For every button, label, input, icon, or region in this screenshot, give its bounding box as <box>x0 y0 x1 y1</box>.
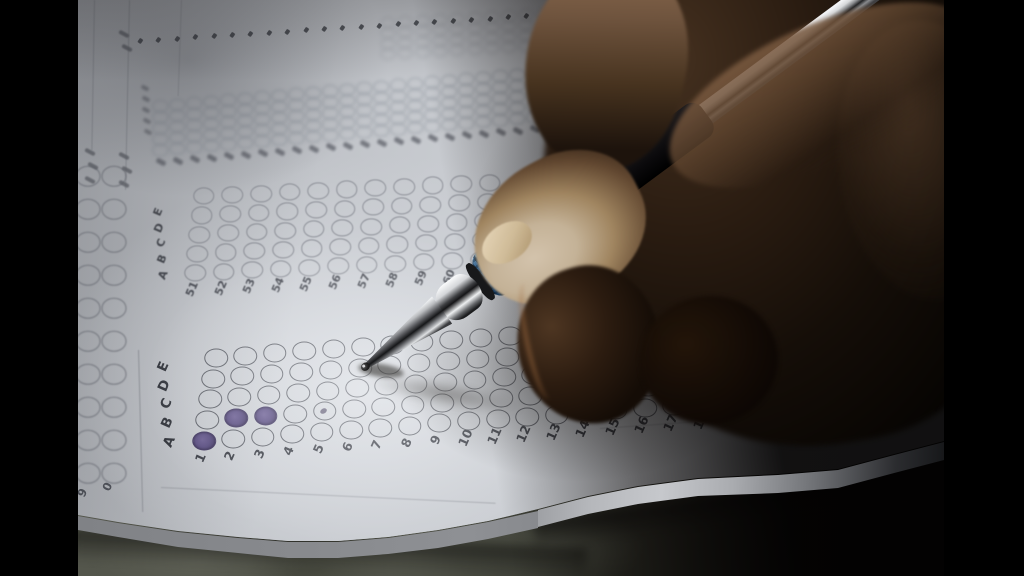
bubble-blurred <box>424 87 440 100</box>
question-number: 3 <box>252 447 267 460</box>
question-number: 9 <box>429 434 444 447</box>
bubble-blurred <box>356 82 372 95</box>
bubble-blurred <box>484 21 499 33</box>
bubble <box>263 344 287 363</box>
bubble <box>191 207 213 224</box>
id-bubble <box>78 199 101 220</box>
id-bubble <box>102 331 127 352</box>
question-number: 2 <box>223 449 238 462</box>
bubble <box>457 412 481 431</box>
option-letter-header: E <box>156 360 172 374</box>
margin-rule-line-left <box>161 487 496 504</box>
bubble-blurred <box>458 106 474 119</box>
bubble-blurred <box>356 93 372 106</box>
bubble-blurred <box>271 100 287 113</box>
option-letter-header: A <box>156 269 169 281</box>
bubble-blurred <box>203 117 219 130</box>
bubble-blurred <box>339 116 355 129</box>
form-line-vertical-1 <box>91 0 95 150</box>
bubble <box>492 368 516 387</box>
blurred-number <box>325 142 336 151</box>
bubble-blurred <box>381 48 396 60</box>
bubble-blurred <box>305 119 321 132</box>
bubble <box>246 223 268 240</box>
blurred-header-letter <box>141 95 150 102</box>
timing-mark <box>284 29 289 35</box>
bubble <box>222 186 244 203</box>
bubble <box>270 260 292 277</box>
bubble <box>274 222 296 239</box>
bubble-blurred <box>407 110 423 123</box>
option-letter-header: C <box>159 397 175 412</box>
bubble <box>286 383 310 402</box>
bubble-blurred <box>237 114 253 127</box>
bubble-blurred <box>254 91 270 104</box>
bubble <box>215 244 237 261</box>
bubble <box>336 181 358 198</box>
bubble-blurred <box>492 92 508 105</box>
bubble <box>427 414 451 433</box>
bubble <box>369 418 393 437</box>
bubble-blurred <box>322 96 338 109</box>
bubble-blurred <box>169 131 185 144</box>
photograph: 9 0 123456789101112131415161718192021222… <box>78 0 944 576</box>
question-number: 58 <box>384 270 400 288</box>
id-bubble <box>78 265 101 286</box>
blurred-number <box>240 150 251 159</box>
blurred-header-letter <box>142 106 151 113</box>
bubble <box>446 214 468 231</box>
bubble <box>193 188 215 205</box>
id-bubble <box>78 331 101 352</box>
id-bubble <box>102 298 127 319</box>
bubble <box>303 221 325 238</box>
bubble-blurred <box>220 94 236 107</box>
question-number: 55 <box>298 274 314 292</box>
blurred-number <box>359 139 370 148</box>
bubble-blurred <box>271 89 287 102</box>
bubble-blurred <box>339 94 355 107</box>
bubble-blurred <box>288 132 304 145</box>
bubble <box>241 262 263 279</box>
bubble-blurred <box>169 98 185 111</box>
bubble-blurred <box>424 120 440 133</box>
id-bubble <box>78 463 101 484</box>
timing-mark <box>229 32 234 38</box>
bubble <box>222 429 246 448</box>
bubble <box>398 416 422 435</box>
option-letter-header: B <box>160 416 177 431</box>
bubble-blurred <box>475 82 491 95</box>
question-number: 8 <box>399 436 414 449</box>
bubble-blurred <box>450 34 465 46</box>
bubble-filled <box>225 409 249 428</box>
bubble <box>244 243 266 260</box>
blurred-number <box>512 126 523 135</box>
bubble-blurred <box>305 97 321 110</box>
bubble <box>204 348 228 367</box>
bubble <box>345 379 369 398</box>
timing-mark <box>156 37 161 43</box>
bubble-blurred <box>220 127 236 140</box>
bubble-blurred <box>509 68 525 81</box>
bubble <box>305 201 327 218</box>
blurred-number <box>155 157 166 166</box>
bubble <box>289 363 313 382</box>
bubble-blurred <box>152 122 168 135</box>
option-letter-header: E <box>152 206 165 217</box>
id-box-border-line <box>138 350 144 512</box>
blurred-header-letter <box>140 84 149 91</box>
bubble-blurred <box>169 109 185 122</box>
bubble-blurred <box>441 74 457 87</box>
bubble-blurred <box>424 109 440 122</box>
id-bubble <box>102 463 127 484</box>
id-bubble <box>78 364 101 385</box>
question-number: 57 <box>356 272 372 290</box>
bubble-blurred <box>467 43 482 55</box>
id-bubble <box>78 430 101 451</box>
bubble <box>307 182 329 199</box>
id-digit-label-9: 9 <box>78 487 90 499</box>
bubble-blurred <box>415 25 430 37</box>
bubble <box>186 245 208 262</box>
bubble <box>356 256 378 273</box>
bubble-blurred <box>169 142 185 155</box>
bubble <box>436 352 460 371</box>
bubble-blurred <box>152 100 168 113</box>
bubble-blurred <box>288 88 304 101</box>
bubble <box>495 347 519 366</box>
timing-mark <box>211 33 216 39</box>
bubble-blurred <box>484 32 499 44</box>
bubble-blurred <box>254 135 270 148</box>
bubble-blurred <box>305 86 321 99</box>
bubble-blurred <box>390 123 406 136</box>
blurred-number <box>444 132 455 141</box>
bubble <box>329 238 351 255</box>
bubble-blurred <box>450 44 465 56</box>
bubble-blurred <box>509 112 525 125</box>
bubble <box>332 219 354 236</box>
bubble-blurred <box>237 92 253 105</box>
blurred-header-letter <box>143 117 152 124</box>
id-bubble <box>78 397 101 418</box>
bubble <box>301 240 323 257</box>
bubble-blurred <box>475 104 491 117</box>
bubble <box>420 196 442 213</box>
question-number: 51 <box>184 280 200 298</box>
bubble <box>217 225 239 242</box>
bubble <box>260 365 284 384</box>
bubble-blurred <box>441 118 457 131</box>
question-number: 4 <box>282 445 297 458</box>
bubble-blurred <box>152 144 168 157</box>
bubble-blurred <box>398 16 413 28</box>
bubble-blurred <box>502 31 517 43</box>
form-label-text-blur <box>118 180 130 189</box>
bubble-blurred <box>254 113 270 126</box>
question-number: 52 <box>213 278 229 296</box>
bubble <box>417 215 439 232</box>
timing-mark <box>358 24 363 30</box>
bubble-blurred <box>339 105 355 118</box>
blurred-number <box>478 129 489 138</box>
bubble-blurred <box>254 124 270 137</box>
question-number: 10 <box>456 428 474 449</box>
bubble-blurred <box>424 76 440 89</box>
blurred-number <box>495 127 506 136</box>
bubble-blurred <box>432 24 447 36</box>
bubble <box>219 205 241 222</box>
bubble-blurred <box>186 141 202 154</box>
bubble-blurred <box>475 71 491 84</box>
bubble-blurred <box>458 84 474 97</box>
bubble-blurred <box>169 120 185 133</box>
bubble <box>450 175 472 192</box>
bubble-blurred <box>271 111 287 124</box>
bubble <box>469 329 493 348</box>
bubble <box>362 199 384 216</box>
bubble <box>358 237 380 254</box>
bubble <box>201 369 225 388</box>
bubble-filled <box>192 432 216 451</box>
bubble-blurred <box>502 20 517 32</box>
bubble-blurred <box>322 118 338 131</box>
bubble <box>292 342 316 361</box>
id-bubble <box>102 199 127 220</box>
bubble-blurred <box>475 115 491 128</box>
question-number: 12 <box>515 423 533 444</box>
bubble-blurred <box>288 121 304 134</box>
bubble-blurred <box>509 79 525 92</box>
bubble-blurred <box>407 88 423 101</box>
bubble-blurred <box>237 125 253 138</box>
bubble-blurred <box>220 105 236 118</box>
bubble-blurred <box>492 103 508 116</box>
id-bubble <box>102 265 127 286</box>
blurred-number <box>189 154 200 163</box>
bubble <box>391 197 413 214</box>
blurred-number <box>223 151 234 160</box>
bubble-blurred <box>373 80 389 93</box>
bubble-blurred <box>509 90 525 103</box>
bubble-blurred <box>390 101 406 114</box>
bubble-blurred <box>458 117 474 130</box>
bubble <box>198 390 222 409</box>
bubble-blurred <box>441 96 457 109</box>
bubble-blurred <box>220 138 236 151</box>
bubble-blurred <box>288 110 304 123</box>
bubble-blurred <box>424 98 440 111</box>
bubble <box>393 178 415 195</box>
timing-mark <box>303 28 308 34</box>
bubble-blurred <box>186 119 202 132</box>
bubble <box>360 218 382 235</box>
bubble <box>351 337 375 356</box>
blurred-number <box>291 145 302 154</box>
bubble <box>189 226 211 243</box>
bubble <box>372 398 396 417</box>
bubble-blurred <box>381 38 396 50</box>
bubble <box>466 349 490 368</box>
bubble-blurred <box>390 112 406 125</box>
bubble <box>310 423 334 442</box>
question-number: 7 <box>370 438 385 451</box>
blurred-number <box>376 138 387 147</box>
question-number: 56 <box>327 273 343 291</box>
bubble <box>195 411 219 430</box>
bubble-blurred <box>339 83 355 96</box>
bubble-blurred <box>322 85 338 98</box>
blurred-number <box>274 147 285 156</box>
bubble-blurred <box>373 91 389 104</box>
question-number: 59 <box>413 269 429 287</box>
timing-mark <box>266 30 271 36</box>
bubble-blurred <box>492 70 508 83</box>
bubble <box>342 400 366 419</box>
bubble-blurred <box>407 121 423 134</box>
blurred-number <box>308 144 319 153</box>
bubble-partial-dot <box>320 407 329 415</box>
bubble <box>448 195 470 212</box>
bubble-blurred <box>322 107 338 120</box>
bubble <box>250 185 272 202</box>
question-number: 13 <box>545 421 563 442</box>
blurred-number <box>172 156 183 165</box>
question-number: 54 <box>270 276 286 294</box>
bubble-filled <box>254 406 278 425</box>
bubble-blurred <box>288 99 304 112</box>
bubble-blurred <box>305 130 321 143</box>
bubble <box>272 241 294 258</box>
photo-frame: 9 0 123456789101112131415161718192021222… <box>0 0 1024 576</box>
question-number: 6 <box>341 440 356 453</box>
bubble <box>234 346 258 365</box>
bubble <box>231 367 255 386</box>
form-label-text-blur <box>118 152 130 161</box>
bubble-blurred <box>356 115 372 128</box>
bubble-blurred <box>432 35 447 47</box>
bubble <box>442 252 464 269</box>
option-letter-header: D <box>157 378 174 394</box>
bubble-blurred <box>509 101 525 114</box>
bubble <box>387 236 409 253</box>
bubble <box>486 410 510 429</box>
blurred-number <box>410 135 421 144</box>
blurred-number <box>206 153 217 162</box>
bubble <box>313 402 337 421</box>
bubble-blurred <box>186 130 202 143</box>
timing-mark <box>137 38 142 44</box>
bubble <box>213 263 235 280</box>
bubble-blurred <box>458 73 474 86</box>
bubble <box>277 203 299 220</box>
bubble <box>439 331 463 350</box>
bubble-blurred <box>339 127 355 140</box>
bubble-blurred <box>398 37 413 49</box>
bubble <box>327 258 349 275</box>
bubble-blurred <box>203 106 219 119</box>
id-bubble <box>102 430 127 451</box>
form-line-vertical-2 <box>125 0 130 190</box>
blurred-number <box>393 136 404 145</box>
bubble-blurred <box>484 42 499 54</box>
bubble <box>339 421 363 440</box>
bubble-blurred <box>398 26 413 38</box>
form-label-text-blur <box>84 148 96 157</box>
bubble-blurred <box>152 133 168 146</box>
bubble <box>228 388 252 407</box>
bubble-blurred <box>237 136 253 149</box>
id-bubble <box>78 298 101 319</box>
bubble-blurred <box>203 95 219 108</box>
form-line-vertical-3 <box>178 0 182 96</box>
bubble-blurred <box>186 108 202 121</box>
bubble-blurred <box>271 133 287 146</box>
bubble <box>365 180 387 197</box>
bubble-blurred <box>220 116 236 129</box>
timing-mark <box>321 26 326 32</box>
bubble-blurred <box>492 114 508 127</box>
blurred-header-letter <box>144 128 153 135</box>
id-bubble <box>78 232 101 253</box>
bubble <box>283 404 307 423</box>
bubble-blurred <box>373 113 389 126</box>
option-letter-header: D <box>153 221 167 234</box>
bubble-blurred <box>467 22 482 34</box>
option-letter-header: A <box>162 434 179 449</box>
option-letter-header: B <box>155 253 168 265</box>
question-number: 5 <box>311 443 326 456</box>
bubble <box>257 386 281 405</box>
bubble-blurred <box>381 17 396 29</box>
option-letter-header: C <box>154 238 167 250</box>
id-bubble <box>102 232 127 253</box>
bubble <box>444 233 466 250</box>
bubble-blurred <box>373 102 389 115</box>
bubble <box>251 427 275 446</box>
bubble <box>422 177 444 194</box>
bubble-blurred <box>271 122 287 135</box>
bubble-blurred <box>203 128 219 141</box>
bubble-blurred <box>415 46 430 58</box>
bubble-blurred <box>305 108 321 121</box>
bubble <box>415 234 437 251</box>
bubble <box>280 425 304 444</box>
bubble-blurred <box>390 79 406 92</box>
id-bubble <box>102 364 127 385</box>
question-number: 53 <box>241 277 257 295</box>
bubble-blurred <box>356 126 372 139</box>
blurred-number <box>342 141 353 150</box>
timing-mark <box>248 31 253 37</box>
bubble-blurred <box>415 36 430 48</box>
timing-mark <box>340 25 345 31</box>
bubble-blurred <box>492 81 508 94</box>
bubble-blurred <box>381 27 396 39</box>
bubble-blurred <box>398 47 413 59</box>
bubble-blurred <box>322 129 338 142</box>
id-bubble <box>102 397 127 418</box>
bubble-blurred <box>152 111 168 124</box>
bubble <box>248 204 270 221</box>
bubble-blurred <box>502 41 517 53</box>
bubble <box>413 254 435 271</box>
bubble <box>384 255 406 272</box>
bubble-blurred <box>407 77 423 90</box>
bubble-blurred <box>432 45 447 57</box>
